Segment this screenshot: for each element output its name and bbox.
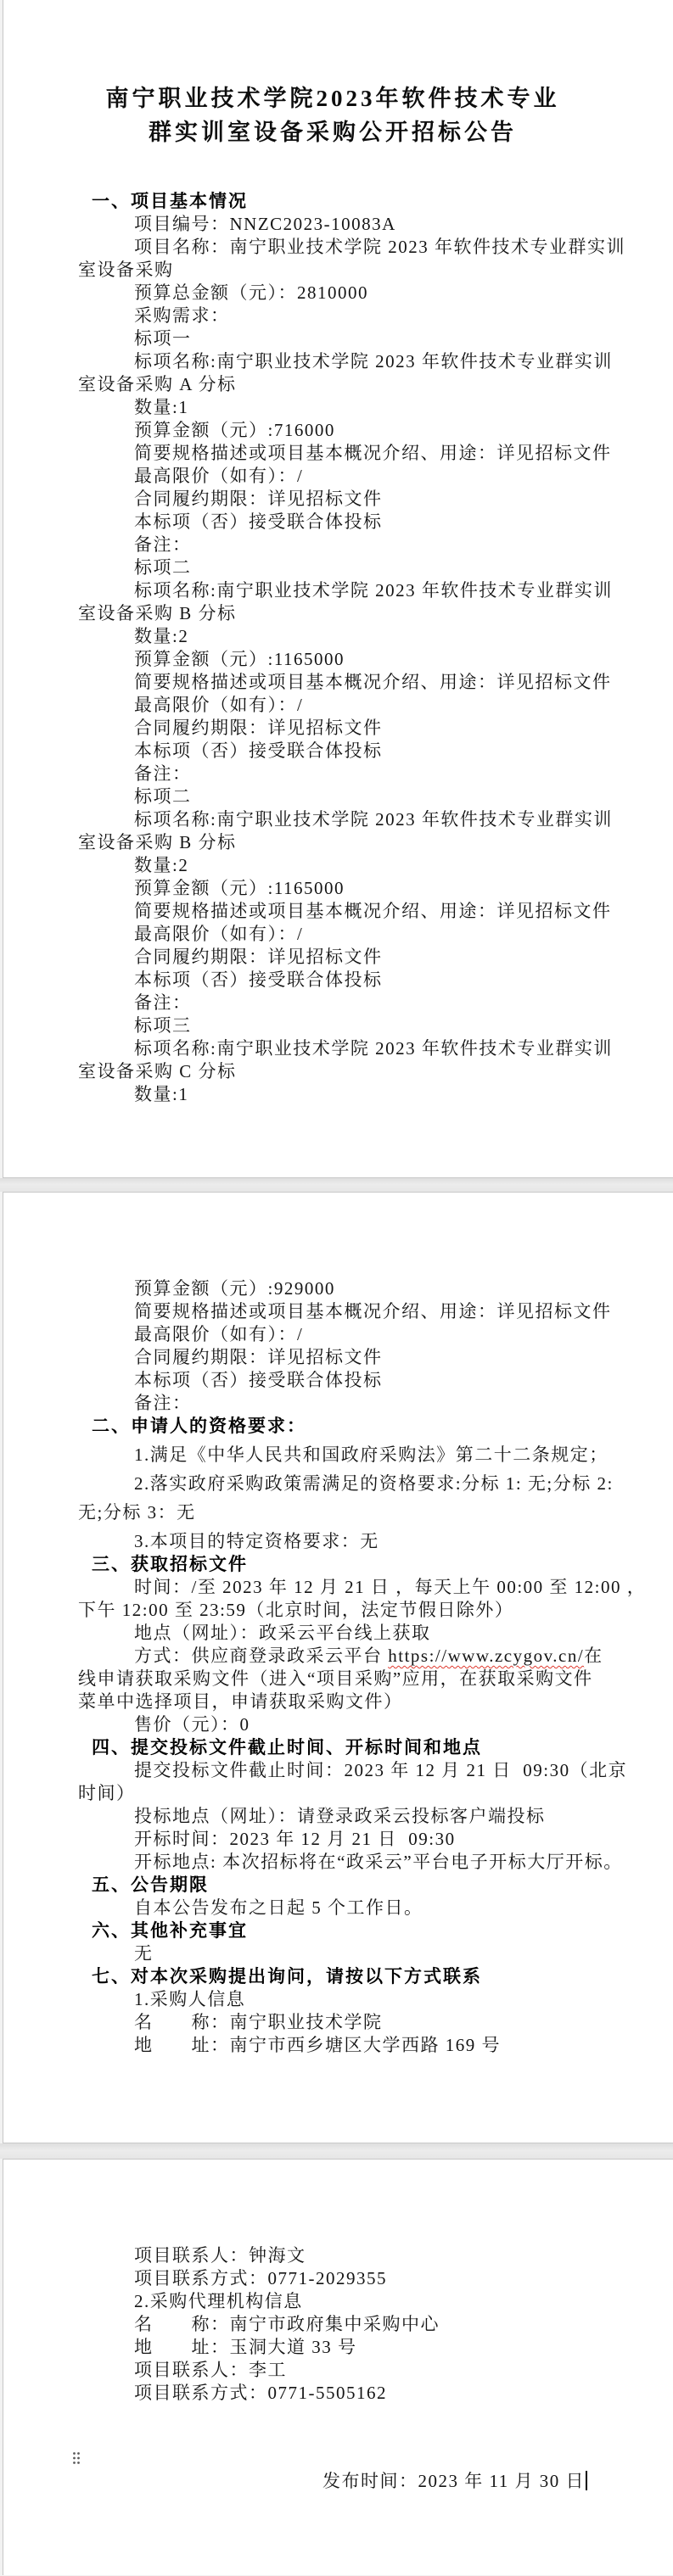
doc-line: 地点（网址）：政采云平台线上获取 [78, 1622, 587, 1645]
doc-line: 自本公告发布之日起 5 个工作日。 [78, 1897, 587, 1919]
doc-line: 二、申请人的资格要求： [78, 1415, 587, 1438]
doc-line: 简要规格描述或项目基本概况介绍、用途：详见招标文件 [78, 1300, 587, 1323]
page-3: 项目联系人：钟海文项目联系方式：0771-20293552.采购代理机构信息名 … [3, 2159, 673, 2575]
doc-line: 最高限价（如有）：/ [78, 694, 587, 717]
doc-line: 室设备采购 [78, 259, 587, 282]
doc-line: 数量:2 [78, 854, 587, 877]
page-1-content: 一、项目基本情况项目编号：NNZC2023-10083A项目名称：南宁职业技术学… [78, 190, 587, 1106]
doc-line: 室设备采购 B 分标 [78, 831, 587, 854]
page-gap [0, 2143, 673, 2159]
doc-line: 标项名称:南宁职业技术学院 2023 年软件技术专业群实训 [78, 808, 587, 831]
doc-line: 标项三 [78, 1014, 587, 1037]
doc-line: 售价（元）：0 [78, 1713, 587, 1736]
document-title-line-2: 群实训室设备采购公开招标公告 [78, 115, 587, 149]
doc-line: 地 址：南宁市西乡塘区大学西路 169 号 [78, 2034, 587, 2057]
doc-line: 数量:1 [78, 1083, 587, 1106]
doc-line: 3.本项目的特定资格要求：无 [78, 1530, 587, 1553]
doc-line: 采购需求： [78, 305, 587, 327]
doc-line: 六、其他补充事宜 [78, 1919, 587, 1942]
drag-handle-icon[interactable] [72, 2451, 81, 2465]
doc-line: 数量:1 [78, 396, 587, 419]
doc-line: 简要规格描述或项目基本概况介绍、用途：详见招标文件 [78, 442, 587, 465]
doc-line-text: 方式：供应商登录政采云平台 [134, 1646, 388, 1666]
doc-line: 地 址：玉洞大道 33 号 [78, 2336, 587, 2359]
doc-line: 简要规格描述或项目基本概况介绍、用途：详见招标文件 [78, 671, 587, 694]
doc-line: 预算总金额（元）：2810000 [78, 282, 587, 305]
doc-line: 室设备采购 B 分标 [78, 602, 587, 625]
doc-line: 开标地点: 本次招标将在“政采云”平台电子开标大厅开标。 [78, 1851, 587, 1874]
publish-row: 发布时间：2023 年 11 月 30 日 [78, 2447, 587, 2516]
doc-line: 项目名称：南宁职业技术学院 2023 年软件技术专业群实训 [78, 236, 587, 259]
doc-line: 标项一 [78, 327, 587, 350]
doc-line: 室设备采购 C 分标 [78, 1060, 587, 1083]
doc-line: 最高限价（如有）：/ [78, 465, 587, 488]
text-cursor [586, 2471, 587, 2490]
doc-line: 方式：供应商登录政采云平台 https://www.zcygov.cn/在 [78, 1645, 587, 1668]
document-title: 南宁职业技术学院2023年软件技术专业 群实训室设备采购公开招标公告 [78, 81, 587, 149]
doc-line: 合同履约期限：详见招标文件 [78, 717, 587, 740]
doc-line: 2.采购代理机构信息 [78, 2290, 587, 2313]
doc-line: 最高限价（如有）：/ [78, 1323, 587, 1346]
doc-line: 开标时间：2023 年 12 月 21 日 09:30 [78, 1828, 587, 1851]
document-view: 南宁职业技术学院2023年软件技术专业 群实训室设备采购公开招标公告 一、项目基… [0, 0, 673, 2575]
publish-date: 发布时间：2023 年 11 月 30 日 [322, 2471, 585, 2491]
doc-line: 1.满足《中华人民共和国政府采购法》第二十二条规定； [78, 1444, 587, 1467]
page-3-content: 项目联系人：钟海文项目联系方式：0771-20293552.采购代理机构信息名 … [78, 2244, 587, 2405]
doc-line: 备注： [78, 1392, 587, 1415]
doc-line: 2.落实政府采购政策需满足的资格要求:分标 1: 无;分标 2: [78, 1472, 587, 1495]
doc-line: 备注： [78, 763, 587, 785]
doc-line: 名 称：南宁市政府集中采购中心 [78, 2313, 587, 2336]
doc-line: 合同履约期限：详见招标文件 [78, 1346, 587, 1369]
doc-line: 项目联系方式：0771-5505162 [78, 2382, 587, 2405]
doc-line: 预算金额（元）:1165000 [78, 648, 587, 671]
doc-line: 标项名称:南宁职业技术学院 2023 年软件技术专业群实训 [78, 579, 587, 602]
doc-line: 本标项（否）接受联合体投标 [78, 740, 587, 763]
doc-line: 菜单中选择项目，申请获取采购文件） [78, 1690, 587, 1713]
doc-line: 项目联系方式：0771-2029355 [78, 2267, 587, 2290]
page-2-content: 预算金额（元）:929000简要规格描述或项目基本概况介绍、用途：详见招标文件最… [78, 1277, 587, 2057]
doc-line: 三、获取招标文件 [78, 1553, 587, 1576]
page-1: 南宁职业技术学院2023年软件技术专业 群实训室设备采购公开招标公告 一、项目基… [3, 0, 673, 1178]
doc-line: 本标项（否）接受联合体投标 [78, 969, 587, 992]
doc-line: 预算金额（元）:929000 [78, 1277, 587, 1300]
doc-line: 下午 12:00 至 23:59（北京时间，法定节假日除外） [78, 1599, 587, 1622]
doc-line: 无 [78, 1942, 587, 1965]
page-2: 预算金额（元）:929000简要规格描述或项目基本概况介绍、用途：详见招标文件最… [3, 1192, 673, 2143]
procurement-platform-url: https://www.zcygov.cn/ [388, 1646, 584, 1666]
doc-line: 1.采购人信息 [78, 1988, 587, 2011]
page-gap [0, 1178, 673, 1192]
doc-line: 四、提交投标文件截止时间、开标时间和地点 [78, 1736, 587, 1759]
doc-line: 标项二 [78, 785, 587, 808]
doc-line: 预算金额（元）:1165000 [78, 877, 587, 900]
document-title-line-1: 南宁职业技术学院2023年软件技术专业 [78, 81, 587, 115]
doc-line: 时间） [78, 1782, 587, 1805]
doc-line: 时间：/至 2023 年 12 月 21 日 ，每天上午 00:00 至 12:… [78, 1576, 587, 1599]
doc-line-text: 在 [584, 1646, 603, 1666]
doc-line: 提交投标文件截止时间：2023 年 12 月 21 日 09:30（北京 [78, 1759, 587, 1782]
doc-line: 项目编号：NNZC2023-10083A [78, 213, 587, 236]
doc-line: 五、公告期限 [78, 1874, 587, 1897]
doc-line: 七、对本次采购提出询问，请按以下方式联系 [78, 1965, 587, 1988]
doc-line: 预算金额（元）:716000 [78, 419, 587, 442]
doc-line: 无;分标 3：无 [78, 1501, 587, 1524]
doc-line: 名 称：南宁职业技术学院 [78, 2011, 587, 2034]
doc-line: 线申请获取采购文件（进入“项目采购”应用，在获取采购文件 [78, 1668, 587, 1690]
doc-line: 标项名称:南宁职业技术学院 2023 年软件技术专业群实训 [78, 350, 587, 373]
doc-line: 项目联系人：李工 [78, 2359, 587, 2382]
doc-line: 简要规格描述或项目基本概况介绍、用途：详见招标文件 [78, 900, 587, 923]
doc-line: 本标项（否）接受联合体投标 [78, 511, 587, 534]
doc-line: 备注： [78, 992, 587, 1014]
doc-line: 室设备采购 A 分标 [78, 373, 587, 396]
doc-line: 备注： [78, 534, 587, 556]
doc-line: 投标地点（网址）：请登录政采云投标客户端投标 [78, 1805, 587, 1828]
doc-line: 标项名称:南宁职业技术学院 2023 年软件技术专业群实训 [78, 1037, 587, 1060]
doc-line: 合同履约期限：详见招标文件 [78, 946, 587, 969]
doc-line: 合同履约期限：详见招标文件 [78, 488, 587, 511]
doc-line: 最高限价（如有）：/ [78, 923, 587, 946]
doc-line: 一、项目基本情况 [78, 190, 587, 213]
doc-line: 标项二 [78, 556, 587, 579]
doc-line: 项目联系人：钟海文 [78, 2244, 587, 2267]
doc-line: 数量:2 [78, 625, 587, 648]
doc-line: 本标项（否）接受联合体投标 [78, 1369, 587, 1392]
